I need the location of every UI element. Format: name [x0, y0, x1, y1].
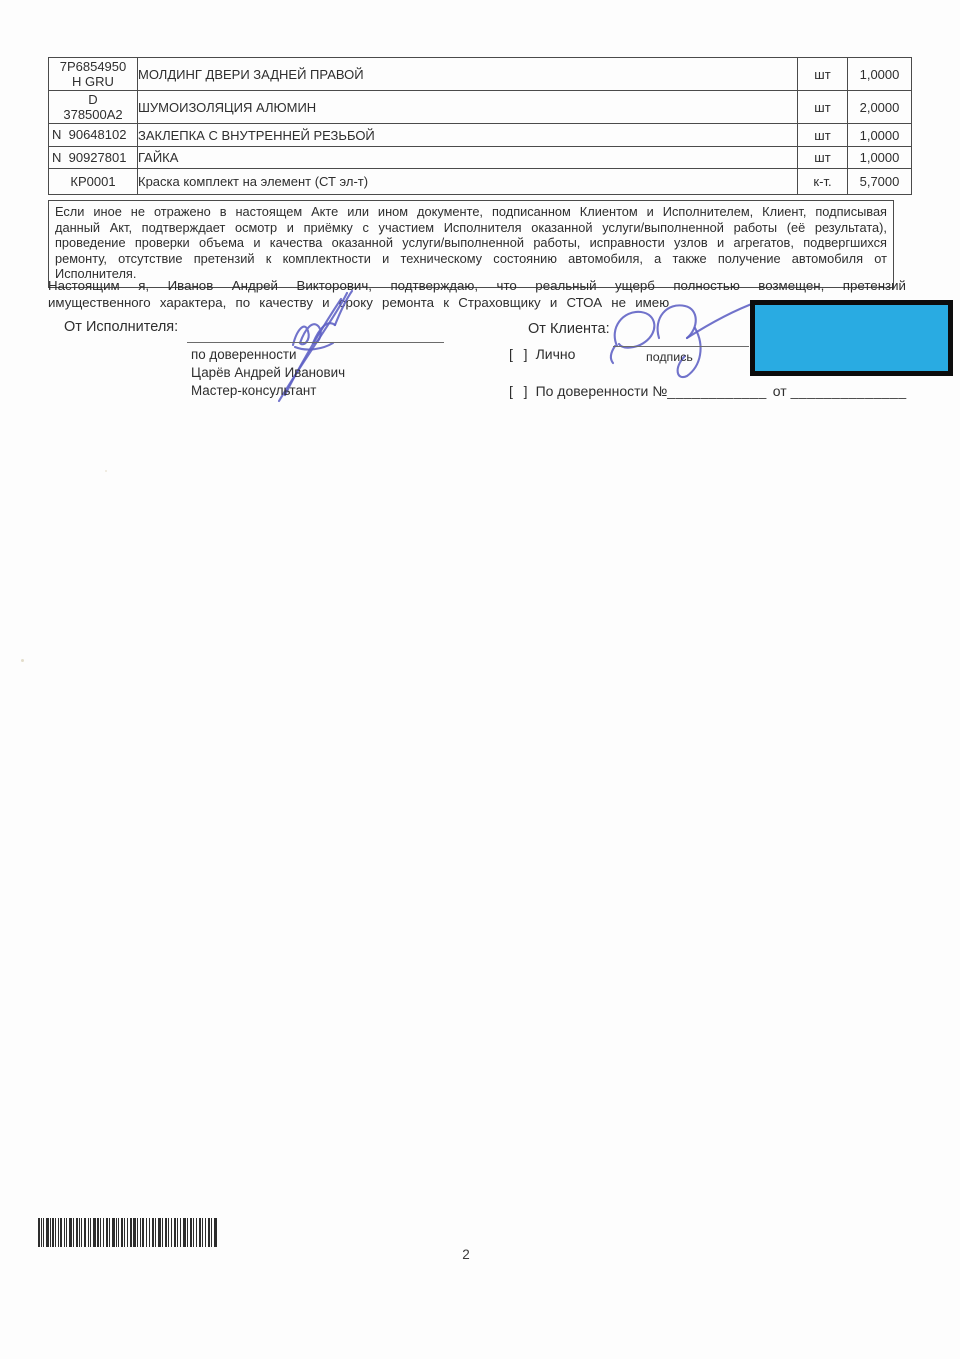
part-name: ШУМОИЗОЛЯЦИЯ АЛЮМИН [138, 91, 798, 124]
part-unit: шт [798, 91, 848, 124]
page-number: 2 [0, 1247, 932, 1262]
executor-proxy-note: по доверенности [191, 346, 345, 364]
part-qty: 1,0000 [848, 124, 912, 147]
proxy-number-blank: ____________ [667, 383, 766, 399]
client-signature [595, 292, 760, 387]
part-name: МОЛДИНГ ДВЕРИ ЗАДНЕЙ ПРАВОЙ [138, 58, 798, 91]
executor-name: Царёв Андрей Иванович [191, 364, 345, 382]
parts-table: 7P6854950 H GRU МОЛДИНГ ДВЕРИ ЗАДНЕЙ ПРА… [48, 57, 912, 195]
personally-label: Лично [536, 346, 576, 362]
scan-speck [21, 659, 24, 662]
by-proxy-label: По доверенности № [536, 383, 668, 399]
part-qty: 2,0000 [848, 91, 912, 124]
part-name: ЗАКЛЕПКА С ВНУТРЕННЕЙ РЕЗЬБОЙ [138, 124, 798, 147]
checkbox-personally: [ ] [509, 346, 529, 362]
document-page: 7P6854950 H GRU МОЛДИНГ ДВЕРИ ЗАДНЕЙ ПРА… [0, 0, 960, 1359]
executor-title: Мастер-консультант [191, 382, 345, 400]
redaction-box [750, 300, 953, 376]
scan-speck [105, 470, 107, 472]
proxy-date-blank: ______________ [791, 383, 907, 399]
part-code: D 378500A2 [49, 91, 138, 124]
table-row: D 378500A2 ШУМОИЗОЛЯЦИЯ АЛЮМИН шт 2,0000 [49, 91, 912, 124]
part-code: N 90648102 [49, 124, 138, 147]
executor-signature-line [187, 342, 444, 343]
checkbox-by-proxy: [ ] [509, 383, 529, 399]
table-row: 7P6854950 H GRU МОЛДИНГ ДВЕРИ ЗАДНЕЙ ПРА… [49, 58, 912, 91]
part-unit: шт [798, 58, 848, 91]
executor-label: От Исполнителя: [64, 319, 178, 335]
part-qty: 1,0000 [848, 147, 912, 169]
part-code: КР0001 [49, 169, 138, 195]
part-name: Краска комплект на элемент (СТ эл-т) [138, 169, 798, 195]
legal-notice: Если иное не отражено в настоящем Акте и… [48, 200, 894, 288]
table-row: КР0001 Краска комплект на элемент (СТ эл… [49, 169, 912, 195]
part-qty: 1,0000 [848, 58, 912, 91]
part-unit: шт [798, 147, 848, 169]
part-code: 7P6854950 H GRU [49, 58, 138, 91]
part-name: ГАЙКА [138, 147, 798, 169]
client-signature-line [613, 346, 749, 347]
table-row: N 90648102 ЗАКЛЕПКА С ВНУТРЕННЕЙ РЕЗЬБОЙ… [49, 124, 912, 147]
part-code: N 90927801 [49, 147, 138, 169]
part-unit: к-т. [798, 169, 848, 195]
part-qty: 5,7000 [848, 169, 912, 195]
barcode [38, 1218, 217, 1247]
proxy-of-label: от [773, 383, 787, 399]
signature-caption: подпись [646, 350, 693, 364]
table-row: N 90927801 ГАЙКА шт 1,0000 [49, 147, 912, 169]
part-unit: шт [798, 124, 848, 147]
